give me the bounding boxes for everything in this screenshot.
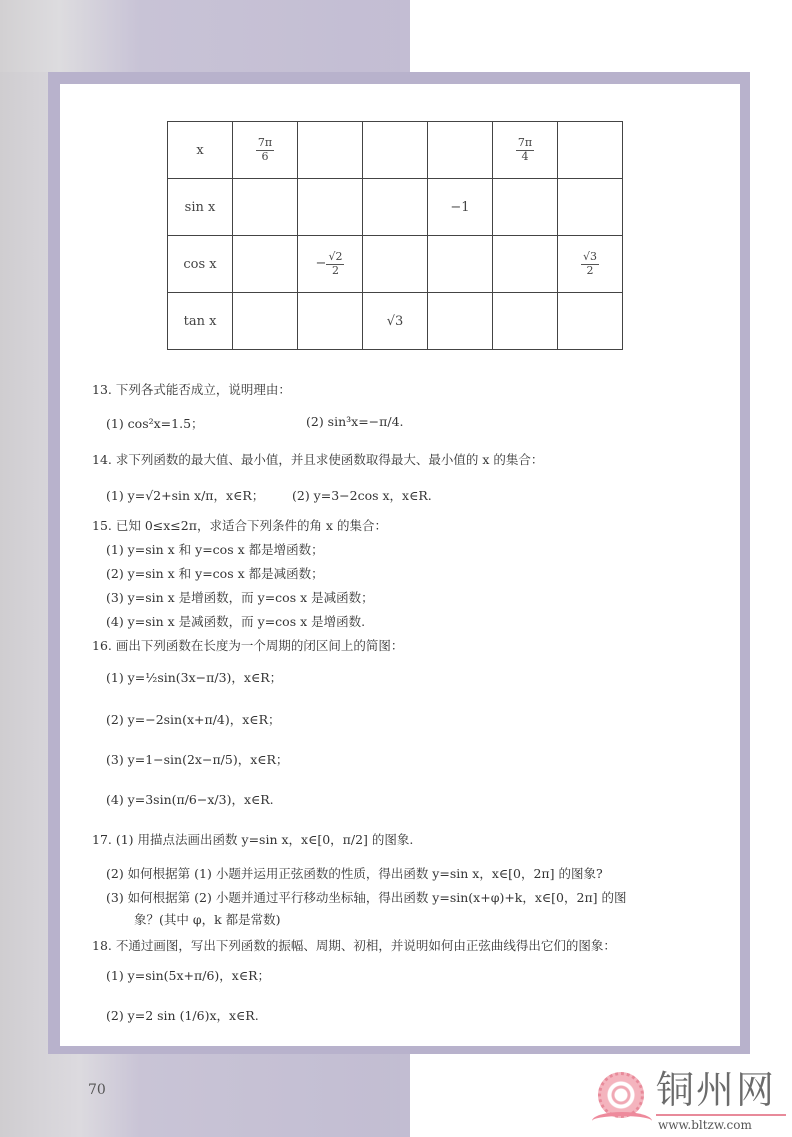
- question-13-part-1: (1) cos²x=1.5；: [106, 414, 204, 432]
- question-17-item: 象？(其中 φ，k 都是常数): [134, 910, 281, 928]
- watermark-name: 铜州网: [656, 1068, 776, 1112]
- table-row: tan x √3: [168, 293, 623, 350]
- table-cell: −1: [428, 179, 493, 236]
- table-cell: [233, 236, 298, 293]
- question-16-stem: 16. 画出下列函数在长度为一个周期的闭区间上的简图：: [92, 636, 403, 654]
- table-cell: √32: [558, 236, 623, 293]
- scan-background-top: [0, 0, 410, 72]
- table-cell: [558, 122, 623, 179]
- question-14-part-2: (2) y=3−2cos x，x∈R.: [292, 486, 432, 504]
- question-14-stem: 14. 求下列函数的最大值、最小值，并且求使函数取得最大、最小值的 x 的集合：: [92, 450, 543, 468]
- table-cell: [233, 293, 298, 350]
- question-18-item: (1) y=sin(5x+π/6)，x∈R；: [106, 966, 270, 984]
- question-16-item: (2) y=−2sin(x+π/4)，x∈R；: [106, 710, 280, 728]
- table-cell: [493, 293, 558, 350]
- question-16-item: (1) y=½sin(3x−π/3)，x∈R；: [106, 668, 282, 686]
- question-13-part-2: (2) sin³x=−π/4.: [306, 414, 404, 429]
- watermark-logo: 铜州网 www.bltzw.com: [592, 1068, 792, 1134]
- row-header: sin x: [168, 179, 233, 236]
- question-13-stem: 13. 下列各式能否成立，说明理由：: [92, 380, 291, 398]
- table-cell: [558, 293, 623, 350]
- table-cell: [363, 179, 428, 236]
- table-cell: [363, 122, 428, 179]
- table-row: cos x −√22 √32: [168, 236, 623, 293]
- table-cell: √3: [363, 293, 428, 350]
- question-15-stem: 15. 已知 0≤x≤2π，求适合下列条件的角 x 的集合：: [92, 516, 387, 534]
- question-18-item: (2) y=2 sin (1/6)x，x∈R.: [106, 1006, 259, 1024]
- table-cell: [493, 179, 558, 236]
- table-cell: [428, 122, 493, 179]
- question-17-item: (3) 如何根据第 (2) 小题并通过平行移动坐标轴，得出函数 y=sin(x+…: [106, 888, 627, 906]
- question-17-item: (2) 如何根据第 (1) 小题并运用正弦函数的性质，得出函数 y=sin x，…: [106, 864, 603, 882]
- row-header: cos x: [168, 236, 233, 293]
- row-header: x: [168, 122, 233, 179]
- table-cell: [493, 236, 558, 293]
- question-15-item: (2) y=sin x 和 y=cos x 都是减函数；: [106, 564, 324, 582]
- divider: [656, 1114, 786, 1116]
- table-cell: [233, 179, 298, 236]
- table-cell: [298, 293, 363, 350]
- table-cell: 7π4: [493, 122, 558, 179]
- question-18-stem: 18. 不通过画图，写出下列函数的振幅、周期、初相，并说明如何由正弦曲线得出它们…: [92, 936, 616, 954]
- table-cell: [428, 236, 493, 293]
- table-row: x 7π6 7π4: [168, 122, 623, 179]
- watermark-url: www.bltzw.com: [658, 1118, 752, 1132]
- row-header: tan x: [168, 293, 233, 350]
- question-15-item: (1) y=sin x 和 y=cos x 都是增函数；: [106, 540, 324, 558]
- table-cell: [428, 293, 493, 350]
- question-15-item: (4) y=sin x 是减函数，而 y=cos x 是增函数.: [106, 612, 365, 630]
- table-cell: [363, 236, 428, 293]
- question-16-item: (3) y=1−sin(2x−π/5)，x∈R；: [106, 750, 288, 768]
- table-cell: [298, 122, 363, 179]
- question-16-item: (4) y=3sin(π/6−x/3)，x∈R.: [106, 790, 274, 808]
- question-15-item: (3) y=sin x 是增函数，而 y=cos x 是减函数；: [106, 588, 374, 606]
- page-number: 70: [88, 1082, 106, 1098]
- table-cell: −√22: [298, 236, 363, 293]
- trig-value-table: x 7π6 7π4 sin x −1 cos x −√22 √32 tan x …: [167, 121, 623, 350]
- table-cell: [298, 179, 363, 236]
- wave-icon: [592, 1112, 652, 1130]
- table-cell: [558, 179, 623, 236]
- table-row: sin x −1: [168, 179, 623, 236]
- table-cell: 7π6: [233, 122, 298, 179]
- question-14-part-1: (1) y=√2+sin x/π，x∈R；: [106, 486, 264, 504]
- question-17-item: 17. (1) 用描点法画出函数 y=sin x，x∈[0，π/2] 的图象.: [92, 830, 413, 848]
